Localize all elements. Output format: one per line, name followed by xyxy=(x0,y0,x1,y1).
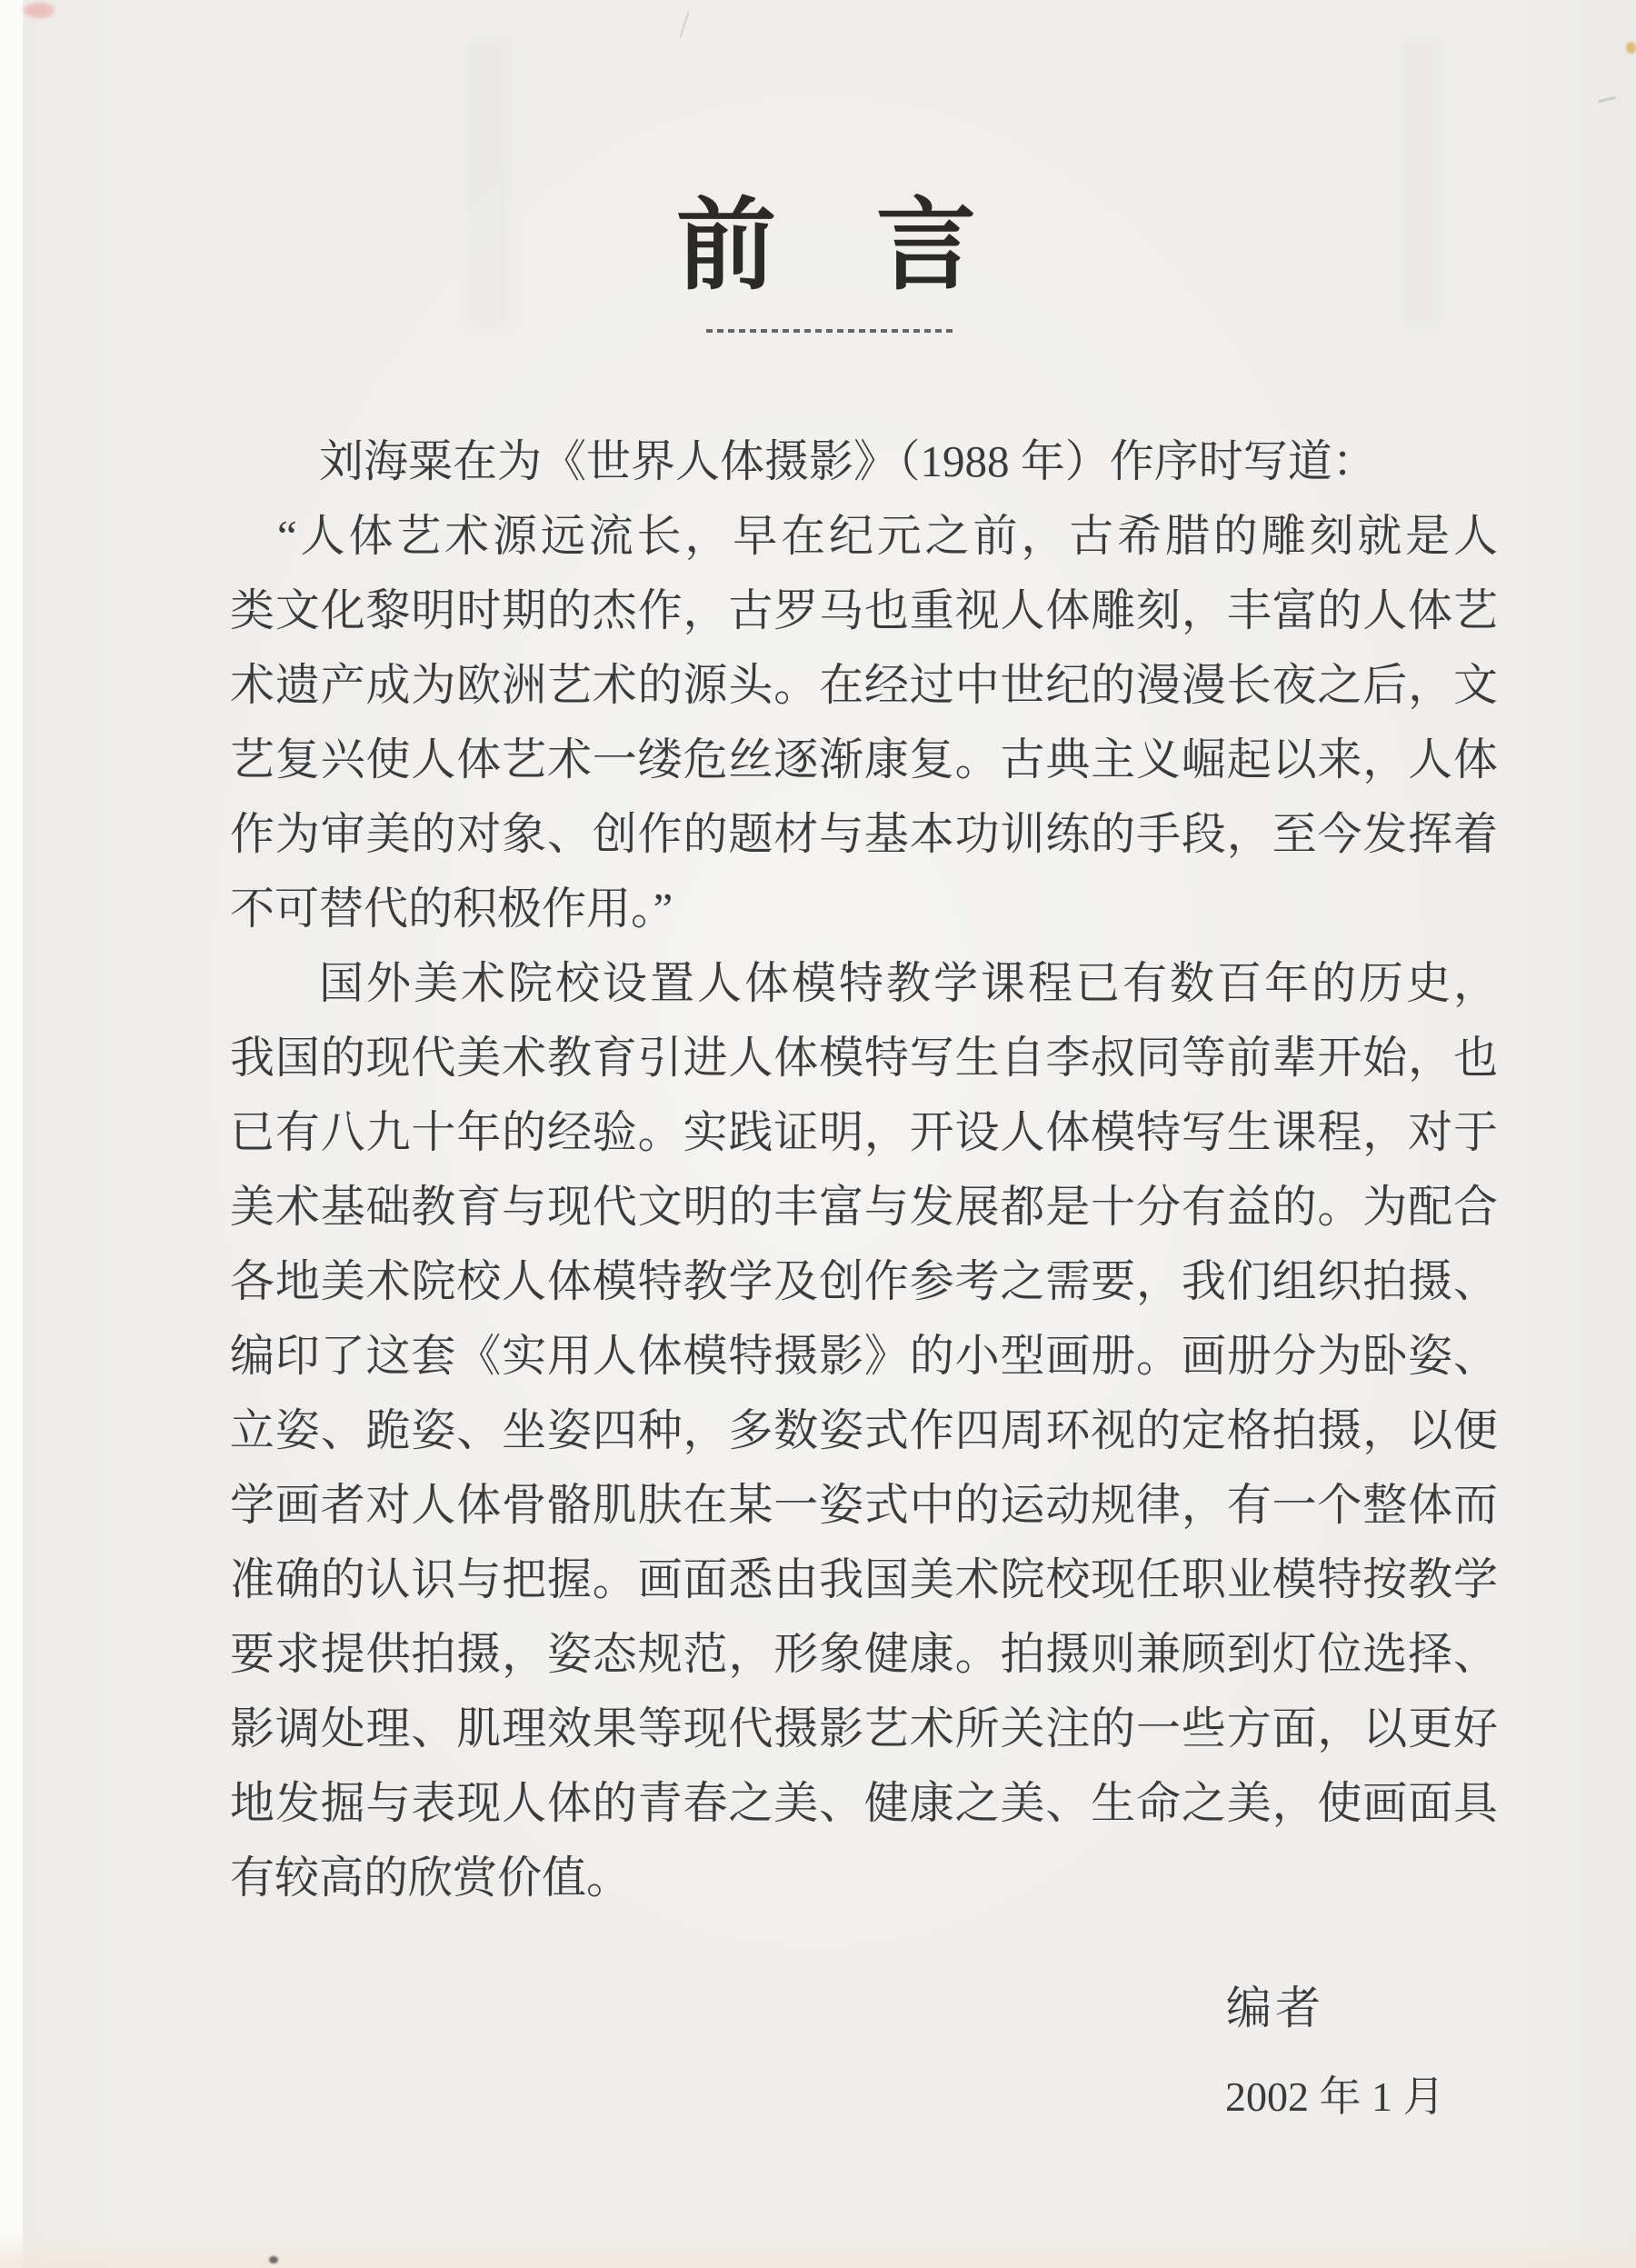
text-line: “人体艺术源远流长，早在纪元之前，古希腊的雕刻就是人 xyxy=(230,499,1498,574)
paper-bottom-edge xyxy=(0,2232,1636,2268)
paper-left-edge xyxy=(0,0,23,2268)
signature-author: 编者 xyxy=(1226,1971,1324,2045)
text-line: 影调处理、肌理效果等现代摄影艺术所关注的一些方面，以更好 xyxy=(230,1692,1498,1766)
text-line: 地发掘与表现人体的青春之美、健康之美、生命之美，使画面具 xyxy=(230,1766,1498,1841)
text-line: 学画者对人体骨骼肌肤在某一姿式中的运动规律，有一个整体而 xyxy=(230,1468,1498,1543)
text-line: 作为审美的对象、创作的题材与基本功训练的手段，至今发挥着 xyxy=(230,797,1498,872)
text-line: 艺复兴使人体艺术一缕危丝逐渐康复。古典主义崛起以来，人体 xyxy=(230,723,1498,797)
text-line: 美术基础教育与现代文明的丰富与发展都是十分有益的。为配合 xyxy=(230,1170,1498,1244)
text-line: 已有八九十年的经验。实践证明，开设人体模特写生课程，对于 xyxy=(230,1095,1498,1170)
scan-scratch xyxy=(1598,96,1616,104)
text-line: 立姿、跪姿、坐姿四种，多数姿式作四周环视的定格拍摄，以便 xyxy=(230,1394,1498,1468)
signature-date: 2002 年 1 月 xyxy=(1225,2060,1445,2134)
scan-speck xyxy=(269,2256,278,2263)
text-line: 刘海粟在为《世界人体摄影》（1988 年）作序时写道： xyxy=(230,425,1498,499)
scan-speck xyxy=(1626,42,1636,54)
scan-scratch xyxy=(679,11,689,37)
text-line: 国外美术院校设置人体模特教学课程已有数百年的历史， xyxy=(230,946,1498,1021)
text-line: 准确的认识与把握。画面悉由我国美术院校现任职业模特按教学 xyxy=(230,1543,1498,1617)
text-line: 要求提供拍摄，姿态规范，形象健康。拍摄则兼顾到灯位选择、 xyxy=(230,1617,1498,1692)
text-line: 有较高的欣赏价值。 xyxy=(230,1841,1498,1915)
text-line: 编印了这套《实用人体模特摄影》的小型画册。画册分为卧姿、 xyxy=(230,1319,1498,1394)
text-line: 各地美术院校人体模特教学及创作参考之需要，我们组织拍摄、 xyxy=(230,1244,1498,1319)
text-line: 术遗产成为欧洲艺术的源头。在经过中世纪的漫漫长夜之后，文 xyxy=(230,648,1498,723)
text-line: 类文化黎明时期的杰作，古罗马也重视人体雕刻，丰富的人体艺 xyxy=(230,574,1498,648)
title-underline xyxy=(706,329,953,333)
text-line: 我国的现代美术教育引进人体模特写生自李叔同等前辈开始，也 xyxy=(230,1021,1498,1095)
scan-speck xyxy=(24,3,55,18)
preface-text: 刘海粟在为《世界人体摄影》（1988 年）作序时写道： “人体艺术源远流长，早在… xyxy=(230,425,1498,1915)
scanned-book-page: 前 言 刘海粟在为《世界人体摄影》（1988 年）作序时写道： “人体艺术源远流… xyxy=(0,0,1636,2268)
text-line: 不可替代的积极作用。” xyxy=(230,872,1498,946)
page-title: 前 言 xyxy=(0,193,1636,301)
